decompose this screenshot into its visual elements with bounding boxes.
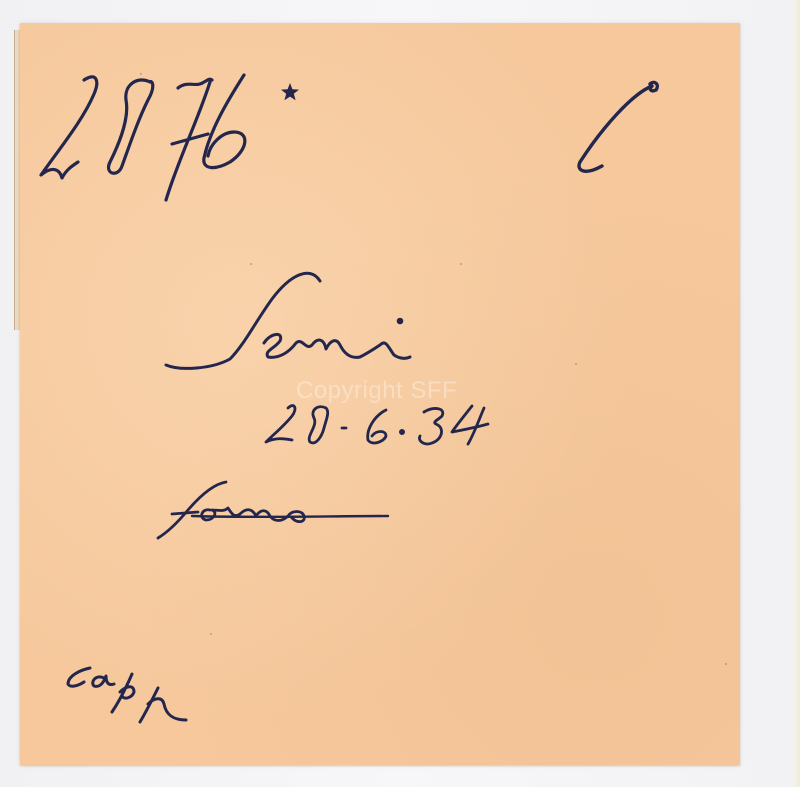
- seed-name-handwriting: [160, 265, 410, 375]
- category-letter-handwriting: [572, 78, 662, 178]
- photo-stage: 2876 * C: [0, 0, 800, 787]
- date: 28.6.34: [262, 398, 502, 448]
- star-icon: [280, 82, 300, 102]
- adjacent-sheet-edge: [794, 0, 800, 787]
- catalog-number-handwriting: [38, 70, 258, 210]
- footer-note-handwriting: [62, 662, 202, 734]
- paper-speck: [725, 663, 727, 665]
- paper-speck: [460, 263, 462, 265]
- seed-name: Semi: [160, 265, 410, 375]
- paper-speck: [210, 633, 212, 635]
- note-struck: forno: [152, 480, 392, 540]
- date-handwriting: [262, 398, 502, 448]
- paper-speck: [575, 363, 577, 365]
- catalog-number: 2876: [38, 70, 258, 210]
- note-handwriting: [152, 480, 392, 540]
- footer-note: capp: [62, 662, 202, 734]
- category-letter: C: [572, 78, 662, 178]
